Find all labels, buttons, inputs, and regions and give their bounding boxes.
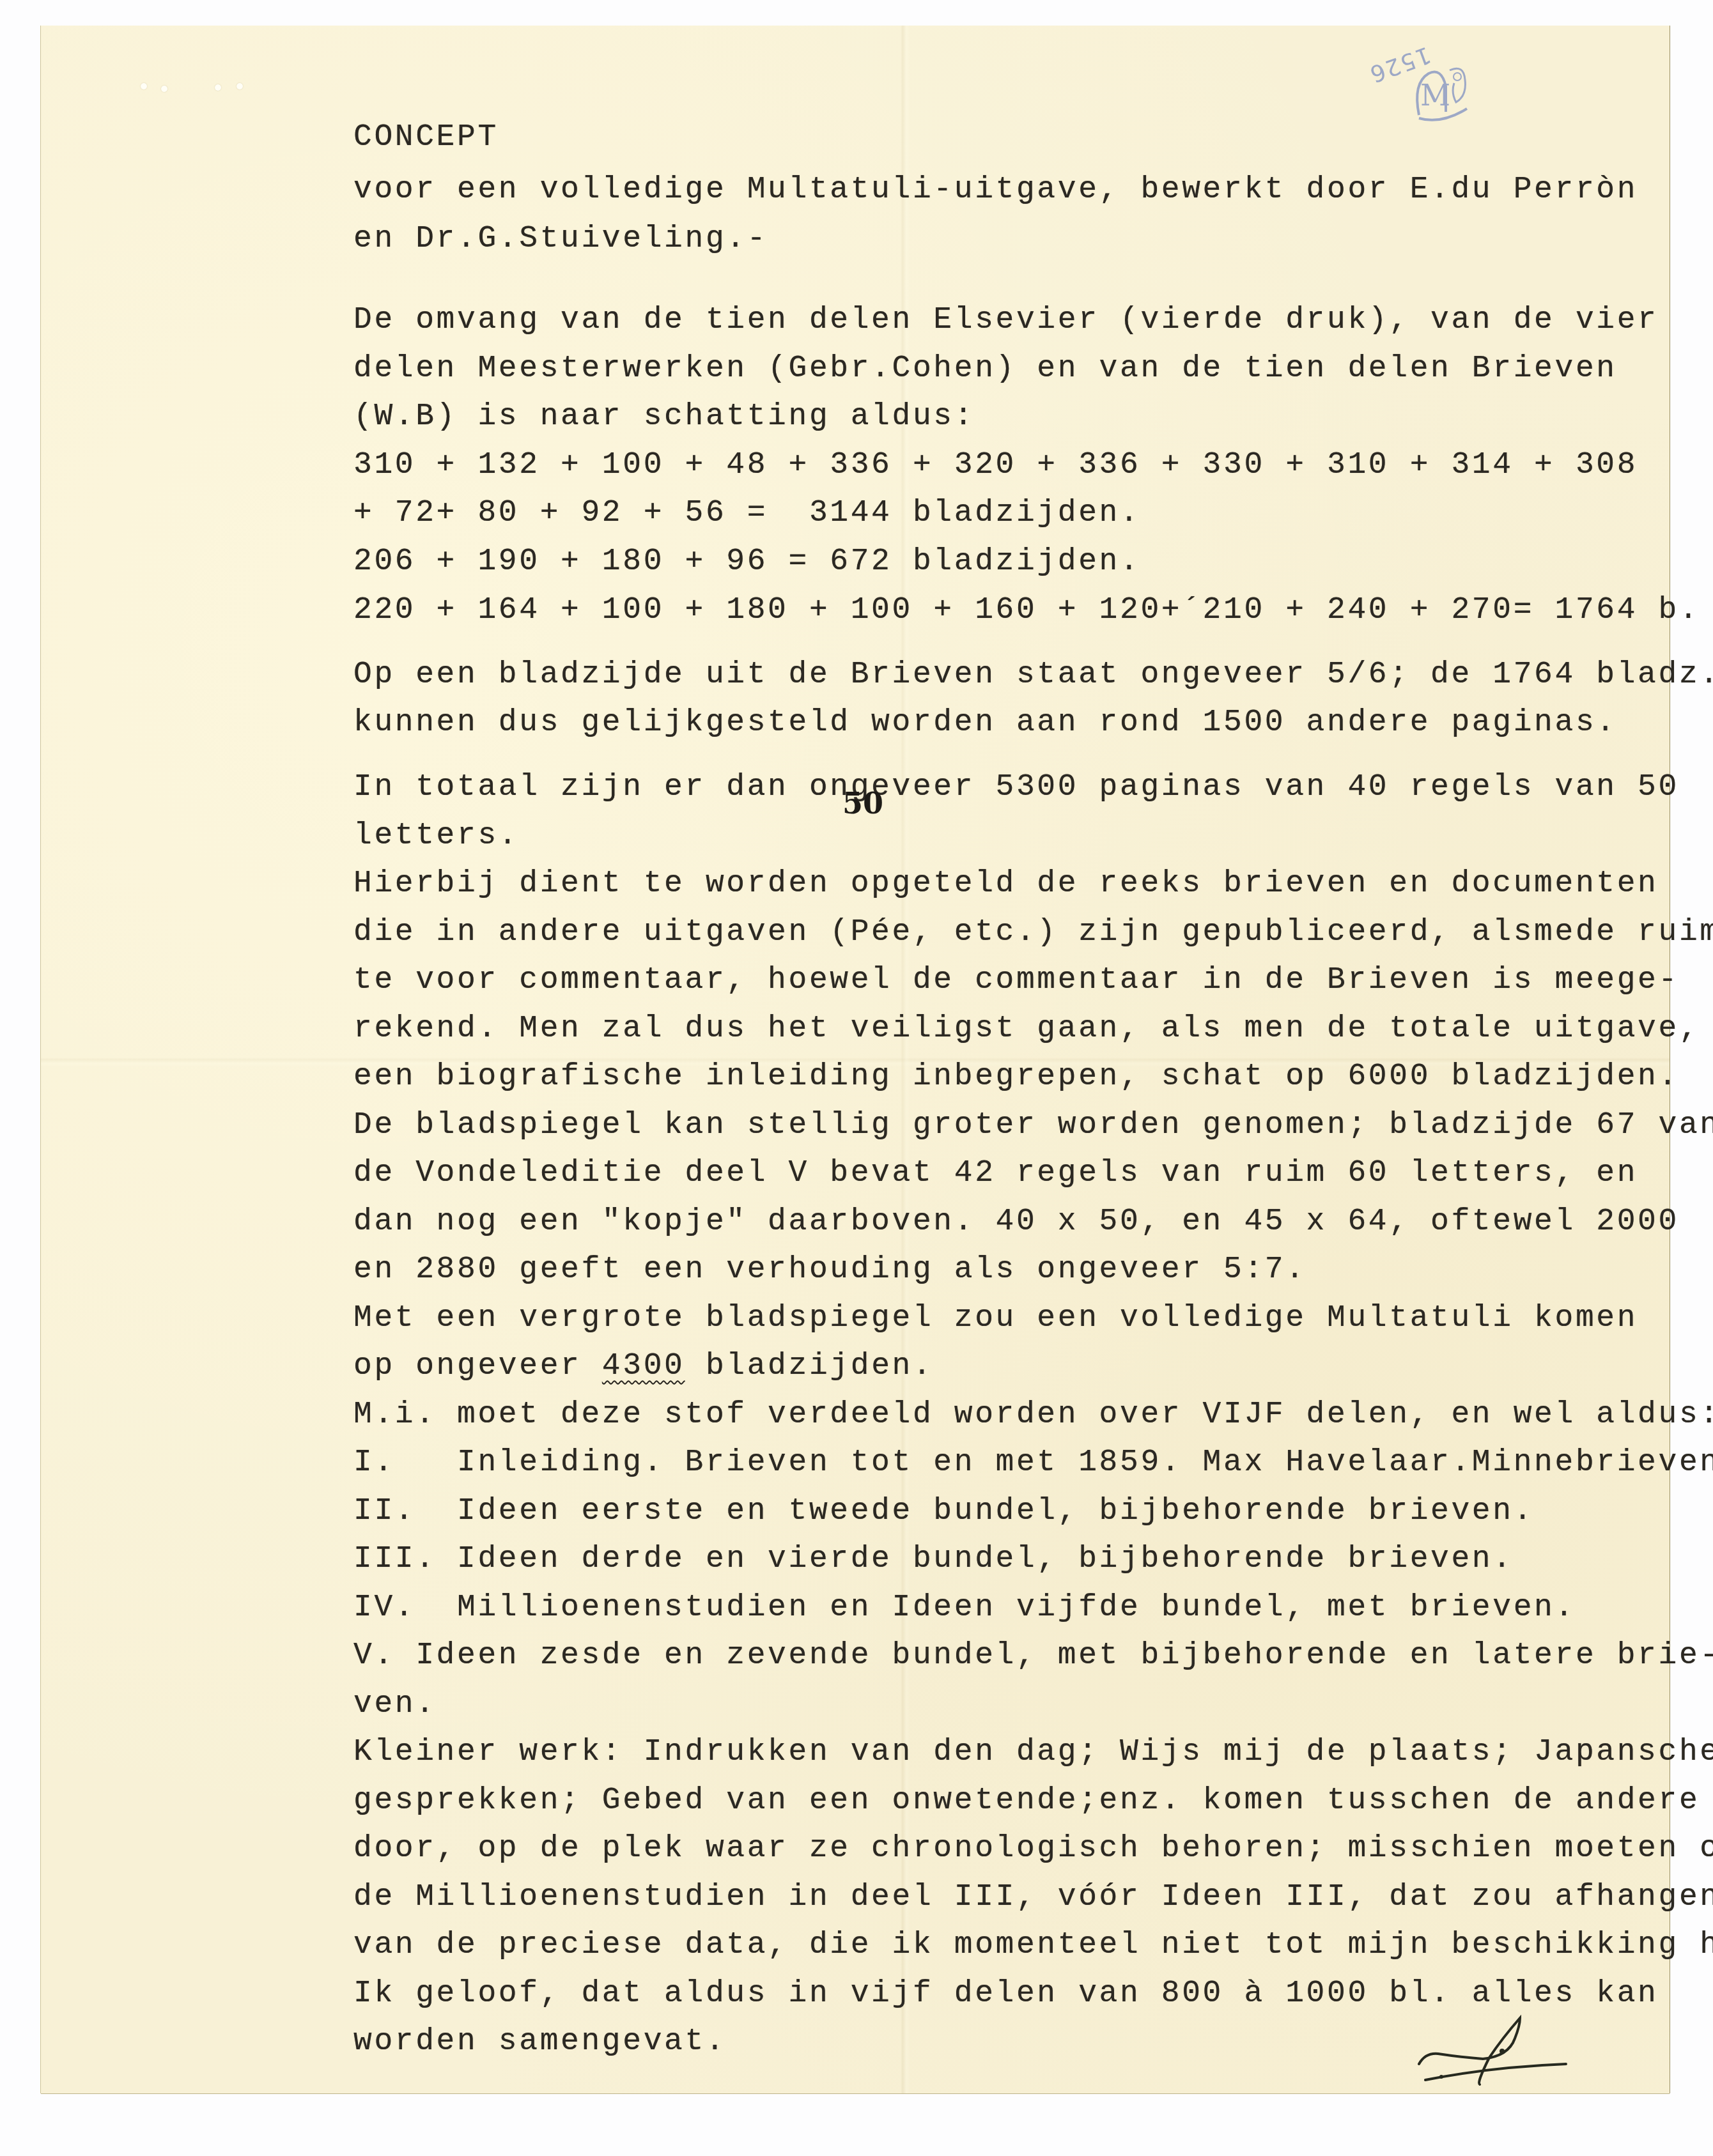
punch-hole bbox=[215, 84, 221, 91]
svg-text:M: M bbox=[1420, 78, 1450, 112]
typed-line: letters. bbox=[353, 819, 519, 853]
typed-line: een biografische inleiding inbegrepen, s… bbox=[353, 1059, 1679, 1094]
punch-hole bbox=[141, 83, 147, 89]
typed-line: en 2880 geeft een verhouding als ongevee… bbox=[353, 1252, 1306, 1287]
typed-line: V. Ideen zesde en zevende bundel, met bi… bbox=[353, 1638, 1713, 1673]
typed-line: dan nog een "kopje" daarboven. 40 x 50, … bbox=[353, 1205, 1679, 1239]
typed-line: te voor commentaar, hoewel de commentaar… bbox=[353, 963, 1679, 997]
typed-line: Ik geloof, dat aldus in vijf delen van 8… bbox=[353, 1976, 1659, 2011]
typed-line: III. Ideen derde en vierde bundel, bijbe… bbox=[353, 1542, 1514, 1576]
typed-line: 310 + 132 + 100 + 48 + 336 + 320 + 336 +… bbox=[353, 448, 1638, 482]
punch-marks bbox=[130, 77, 258, 96]
typed-line: die in andere uitgaven (Pée, etc.) zijn … bbox=[353, 915, 1713, 950]
typed-line: Met een vergrote bladspiegel zou een vol… bbox=[353, 1301, 1638, 1336]
typed-line: rekend. Men zal dus het veiligst gaan, a… bbox=[353, 1012, 1700, 1046]
typed-line: voor een volledige Multatuli-uitgave, be… bbox=[353, 173, 1638, 207]
typed-line: De omvang van de tien delen Elsevier (vi… bbox=[353, 303, 1659, 337]
typed-line: ven. bbox=[353, 1687, 437, 1721]
typed-line: delen Meesterwerken (Gebr.Cohen) en van … bbox=[353, 351, 1617, 386]
document-title: CONCEPT bbox=[353, 120, 499, 155]
typed-line: gesprekken; Gebed van een onwetende;enz.… bbox=[353, 1783, 1700, 1818]
punch-hole bbox=[236, 83, 243, 89]
typed-line: I. Inleiding. Brieven tot en met 1859. M… bbox=[353, 1445, 1713, 1480]
typed-line: In totaal zijn er dan ongeveer 5300 pagi… bbox=[353, 770, 1679, 805]
archive-stamp: 1526 M bbox=[1361, 45, 1515, 147]
monogram-stamp-icon: M bbox=[1406, 58, 1477, 128]
typed-line: Kleiner werk: Indrukken van den dag; Wij… bbox=[353, 1735, 1713, 1769]
typed-line: op ongeveer 4300 bladzijden. bbox=[353, 1349, 933, 1383]
typed-line: en Dr.G.Stuiveling.- bbox=[353, 222, 768, 256]
typed-line: IV. Millioenenstudien en Ideen vijfde bu… bbox=[353, 1590, 1576, 1625]
typed-line: 220 + 164 + 100 + 180 + 100 + 160 + 120+… bbox=[353, 593, 1700, 628]
typed-line: Hierbij dient te worden opgeteld de reek… bbox=[353, 866, 1659, 901]
signature-initials-icon bbox=[1413, 2013, 1579, 2090]
typed-line: + 72+ 80 + 92 + 56 = 3144 bladzijden. bbox=[353, 496, 1140, 530]
typed-line: 206 + 190 + 180 + 96 = 672 bladzijden. bbox=[353, 544, 1140, 579]
typed-line: door, op de plek waar ze chronologisch b… bbox=[353, 1831, 1713, 1866]
typed-line: II. Ideen eerste en tweede bundel, bijbe… bbox=[353, 1494, 1534, 1528]
typed-line: worden samengevat. bbox=[353, 2024, 726, 2059]
typed-line: de Millioenenstudien in deel III, vóór I… bbox=[353, 1880, 1713, 1914]
typed-line: M.i. moet deze stof verdeeld worden over… bbox=[353, 1398, 1713, 1432]
typed-line: de Vondeleditie deel V bevat 42 regels v… bbox=[353, 1156, 1638, 1190]
typed-line: Op een bladzijde uit de Brieven staat on… bbox=[353, 658, 1713, 692]
underlined-figure: 4300 bbox=[602, 1349, 685, 1383]
punch-hole bbox=[161, 86, 167, 92]
typed-line: De bladspiegel kan stellig groter worden… bbox=[353, 1108, 1713, 1143]
typed-line: kunnen dus gelijkgesteld worden aan rond… bbox=[353, 705, 1617, 740]
typed-line: van de preciese data, die ik momenteel n… bbox=[353, 1928, 1713, 1962]
typed-line: (W.B) is naar schatting aldus: bbox=[353, 399, 975, 434]
handwritten-correction: 50 bbox=[842, 786, 883, 820]
